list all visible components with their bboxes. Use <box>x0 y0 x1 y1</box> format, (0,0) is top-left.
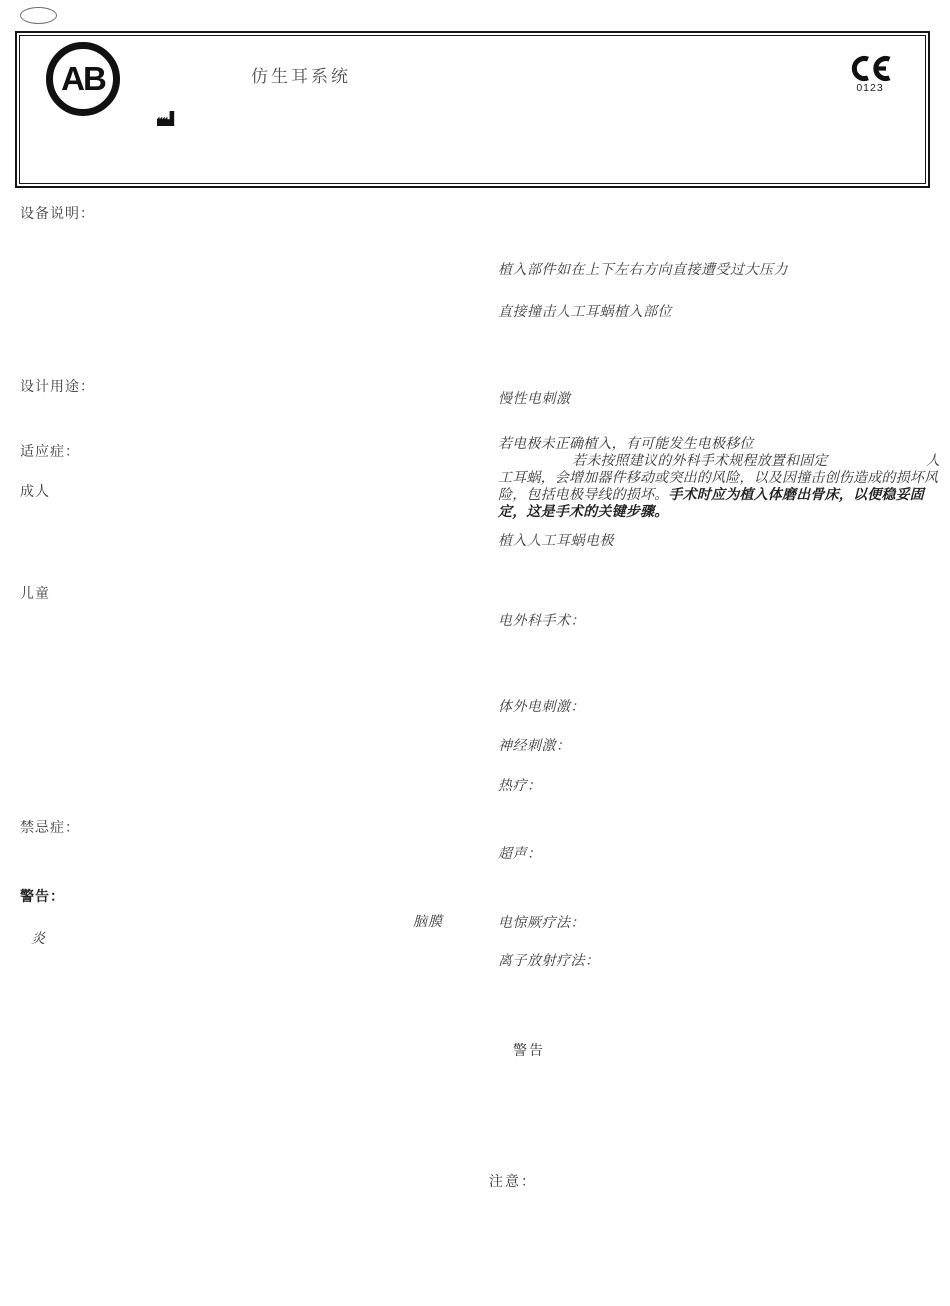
electrode-warning-paragraph: 若电极未正确植入，有可能发生电极移位 若未按照建议的外科手术规程放置和固定 人 … <box>498 436 942 521</box>
label-indications: 适应症： <box>20 441 80 461</box>
warning-line-1: 若电极未正确植入，有可能发生电极移位 <box>498 436 942 453</box>
fragment-meninges: 脑膜 <box>413 911 443 931</box>
warning-line-3: 工耳蜗，会增加器件移动或突出的风险，以及因撞击创伤造成的损坏风 <box>498 470 942 487</box>
scanned-document-page: AB 仿生耳系统 0123 设备说明： 设计用途： 适应症： 成人 儿童 禁忌症… <box>0 0 950 1306</box>
note-impact: 直接撞击人工耳蜗植入部位 <box>498 301 672 321</box>
page-title: 仿生耳系统 <box>251 62 351 87</box>
note-external-stimulation: 体外电刺激： <box>498 696 585 716</box>
note-pressure: 植入部件如在上下左右方向直接遭受过大压力 <box>498 259 788 279</box>
manufacturer-factory-icon <box>157 111 177 131</box>
note-electroconvulsive-therapy: 电惊厥疗法： <box>498 912 585 932</box>
ce-notified-body-number: 0123 <box>851 82 889 94</box>
label-intended-use: 设计用途： <box>20 376 95 396</box>
header-box <box>15 31 930 188</box>
label-warnings: 警告： <box>20 886 65 906</box>
note-ionizing-radiation-therapy: 离子放射疗法： <box>498 950 600 970</box>
note-chronic-stimulation: 慢性电刺激 <box>498 388 571 408</box>
ab-logo-icon: AB <box>46 42 120 116</box>
label-children: 儿童 <box>20 583 50 603</box>
warning-line-2: 若未按照建议的外科手术规程放置和固定 人 <box>498 453 942 470</box>
oval-scan-mark <box>20 7 57 24</box>
fragment-inflammation: 炎 <box>31 928 46 948</box>
ab-logo-text: AB <box>61 60 105 98</box>
label-device-description: 设备说明： <box>20 203 95 223</box>
footer-caution-word: 注意： <box>489 1171 537 1191</box>
warning-line-4-5: 险，包括电极导线的损坏。手术时应为植入体磨出骨床，以便稳妥固定，这是手术的关键步… <box>498 487 942 521</box>
note-ultrasound: 超声： <box>498 843 542 863</box>
note-neurostimulation: 神经刺激： <box>498 735 571 755</box>
header-box-inner-rule <box>19 35 926 184</box>
label-contraindications: 禁忌症： <box>20 817 80 837</box>
note-electrode-implant: 植入人工耳蜗电极 <box>498 530 614 550</box>
footer-warning-word: 警告 <box>513 1040 545 1060</box>
note-thermotherapy: 热疗： <box>498 775 542 795</box>
note-electrosurgery: 电外科手术： <box>498 610 585 630</box>
label-adults: 成人 <box>20 481 50 501</box>
